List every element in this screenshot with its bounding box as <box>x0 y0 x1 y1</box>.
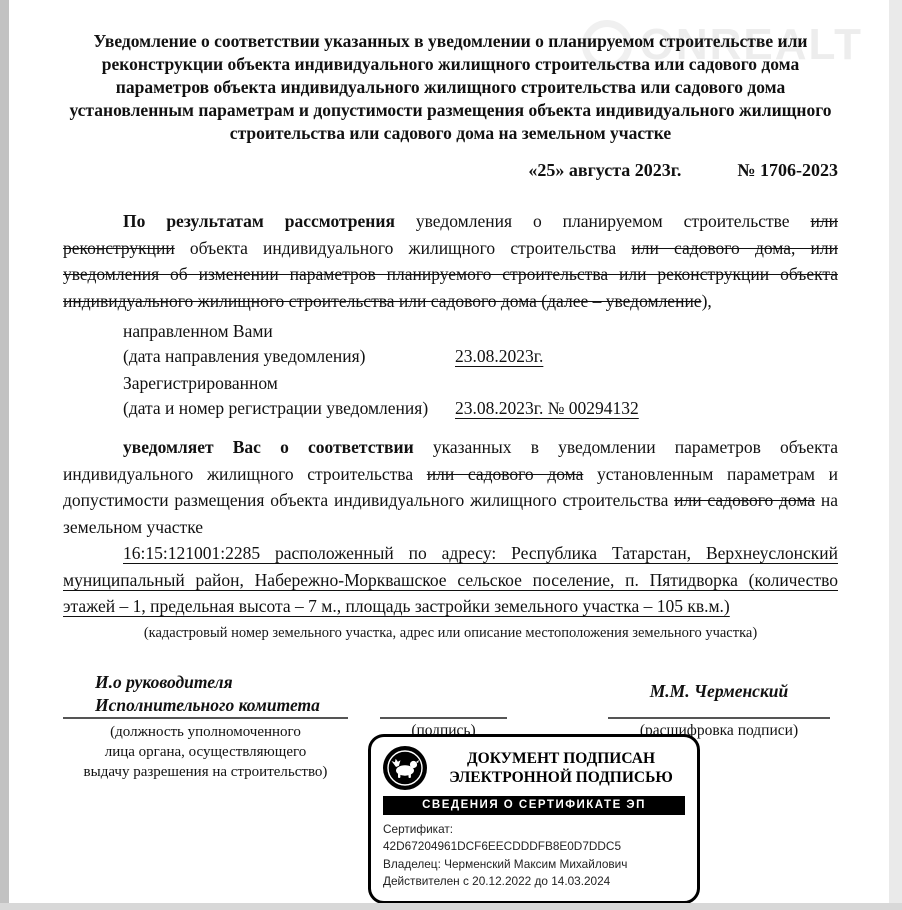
certificate-owner: Владелец: Черменский Максим Михайлович <box>383 856 685 874</box>
submission-block: направленном Вами (дата направления увед… <box>123 319 838 421</box>
official-name: М.М. Черменский <box>608 681 830 717</box>
submission-label: (дата направления уведомления) <box>123 344 455 369</box>
tatarstan-emblem-icon <box>383 746 427 790</box>
address-caption: (кадастровый номер земельного участка, а… <box>63 624 838 643</box>
notification-paragraph: уведомляет Вас о соответствии указанных … <box>63 434 838 540</box>
submission-row: (дата направления уведомления) 23.08.202… <box>123 344 838 369</box>
signature-line <box>608 717 830 719</box>
submission-row: направленном Вами <box>123 319 838 344</box>
document-title: Уведомление о соответствии указанных в у… <box>63 30 838 145</box>
document: ONREALT Уведомление о соответствии указа… <box>9 0 889 903</box>
submission-label: направленном Вами <box>123 319 455 344</box>
submission-label: Зарегистрированном <box>123 371 455 396</box>
document-number: № 1706-2023 <box>737 160 838 181</box>
address-paragraph: 16:15:121001:2285 расположенный по адрес… <box>63 540 838 620</box>
signature-line <box>63 717 348 719</box>
signature-line <box>380 717 507 719</box>
certificate-validity: Действителен с 20.12.2022 до 14.03.2024 <box>383 873 685 891</box>
position-caption: (должность уполномоченноголица органа, о… <box>63 722 348 782</box>
submission-row: Зарегистрированном <box>123 371 838 396</box>
document-date: «25» августа 2023г. <box>528 160 681 181</box>
review-paragraph: По результатам рассмотрения уведомления … <box>63 208 838 314</box>
submission-row: (дата и номер регистрации уведомления) 2… <box>123 396 838 421</box>
submission-date-value: 23.08.2023г. <box>455 344 543 369</box>
scan-edge-right <box>889 0 902 910</box>
official-position: И.о руководителяИсполнительного комитета <box>63 671 348 717</box>
registration-number-value: 23.08.2023г. № 00294132 <box>455 396 639 421</box>
scanned-document-page: { "watermark": { "text": "ONREALT" }, "h… <box>0 0 902 910</box>
scan-edge-bottom <box>0 903 902 910</box>
stamp-header: ДОКУМЕНТ ПОДПИСАН ЭЛЕКТРОННОЙ ПОДПИСЬЮ <box>383 746 685 790</box>
certificate-number: Сертификат: 42D67204961DCF6EECDDDFB8E0D7… <box>383 821 685 856</box>
submission-label: (дата и номер регистрации уведомления) <box>123 396 455 421</box>
signature-position-column: И.о руководителяИсполнительного комитета… <box>63 669 348 782</box>
stamp-title-line1: ДОКУМЕНТ ПОДПИСАН <box>437 749 685 768</box>
e-signature-stamp: ДОКУМЕНТ ПОДПИСАН ЭЛЕКТРОННОЙ ПОДПИСЬЮ С… <box>368 734 700 904</box>
stamp-title-line2: ЭЛЕКТРОННОЙ ПОДПИСЬЮ <box>437 768 685 787</box>
date-number-row: «25» августа 2023г. № 1706-2023 <box>63 160 838 181</box>
scan-edge-left <box>0 0 9 910</box>
stamp-title: ДОКУМЕНТ ПОДПИСАН ЭЛЕКТРОННОЙ ПОДПИСЬЮ <box>437 749 685 787</box>
certificate-band: СВЕДЕНИЯ О СЕРТИФИКАТЕ ЭП <box>383 796 685 815</box>
